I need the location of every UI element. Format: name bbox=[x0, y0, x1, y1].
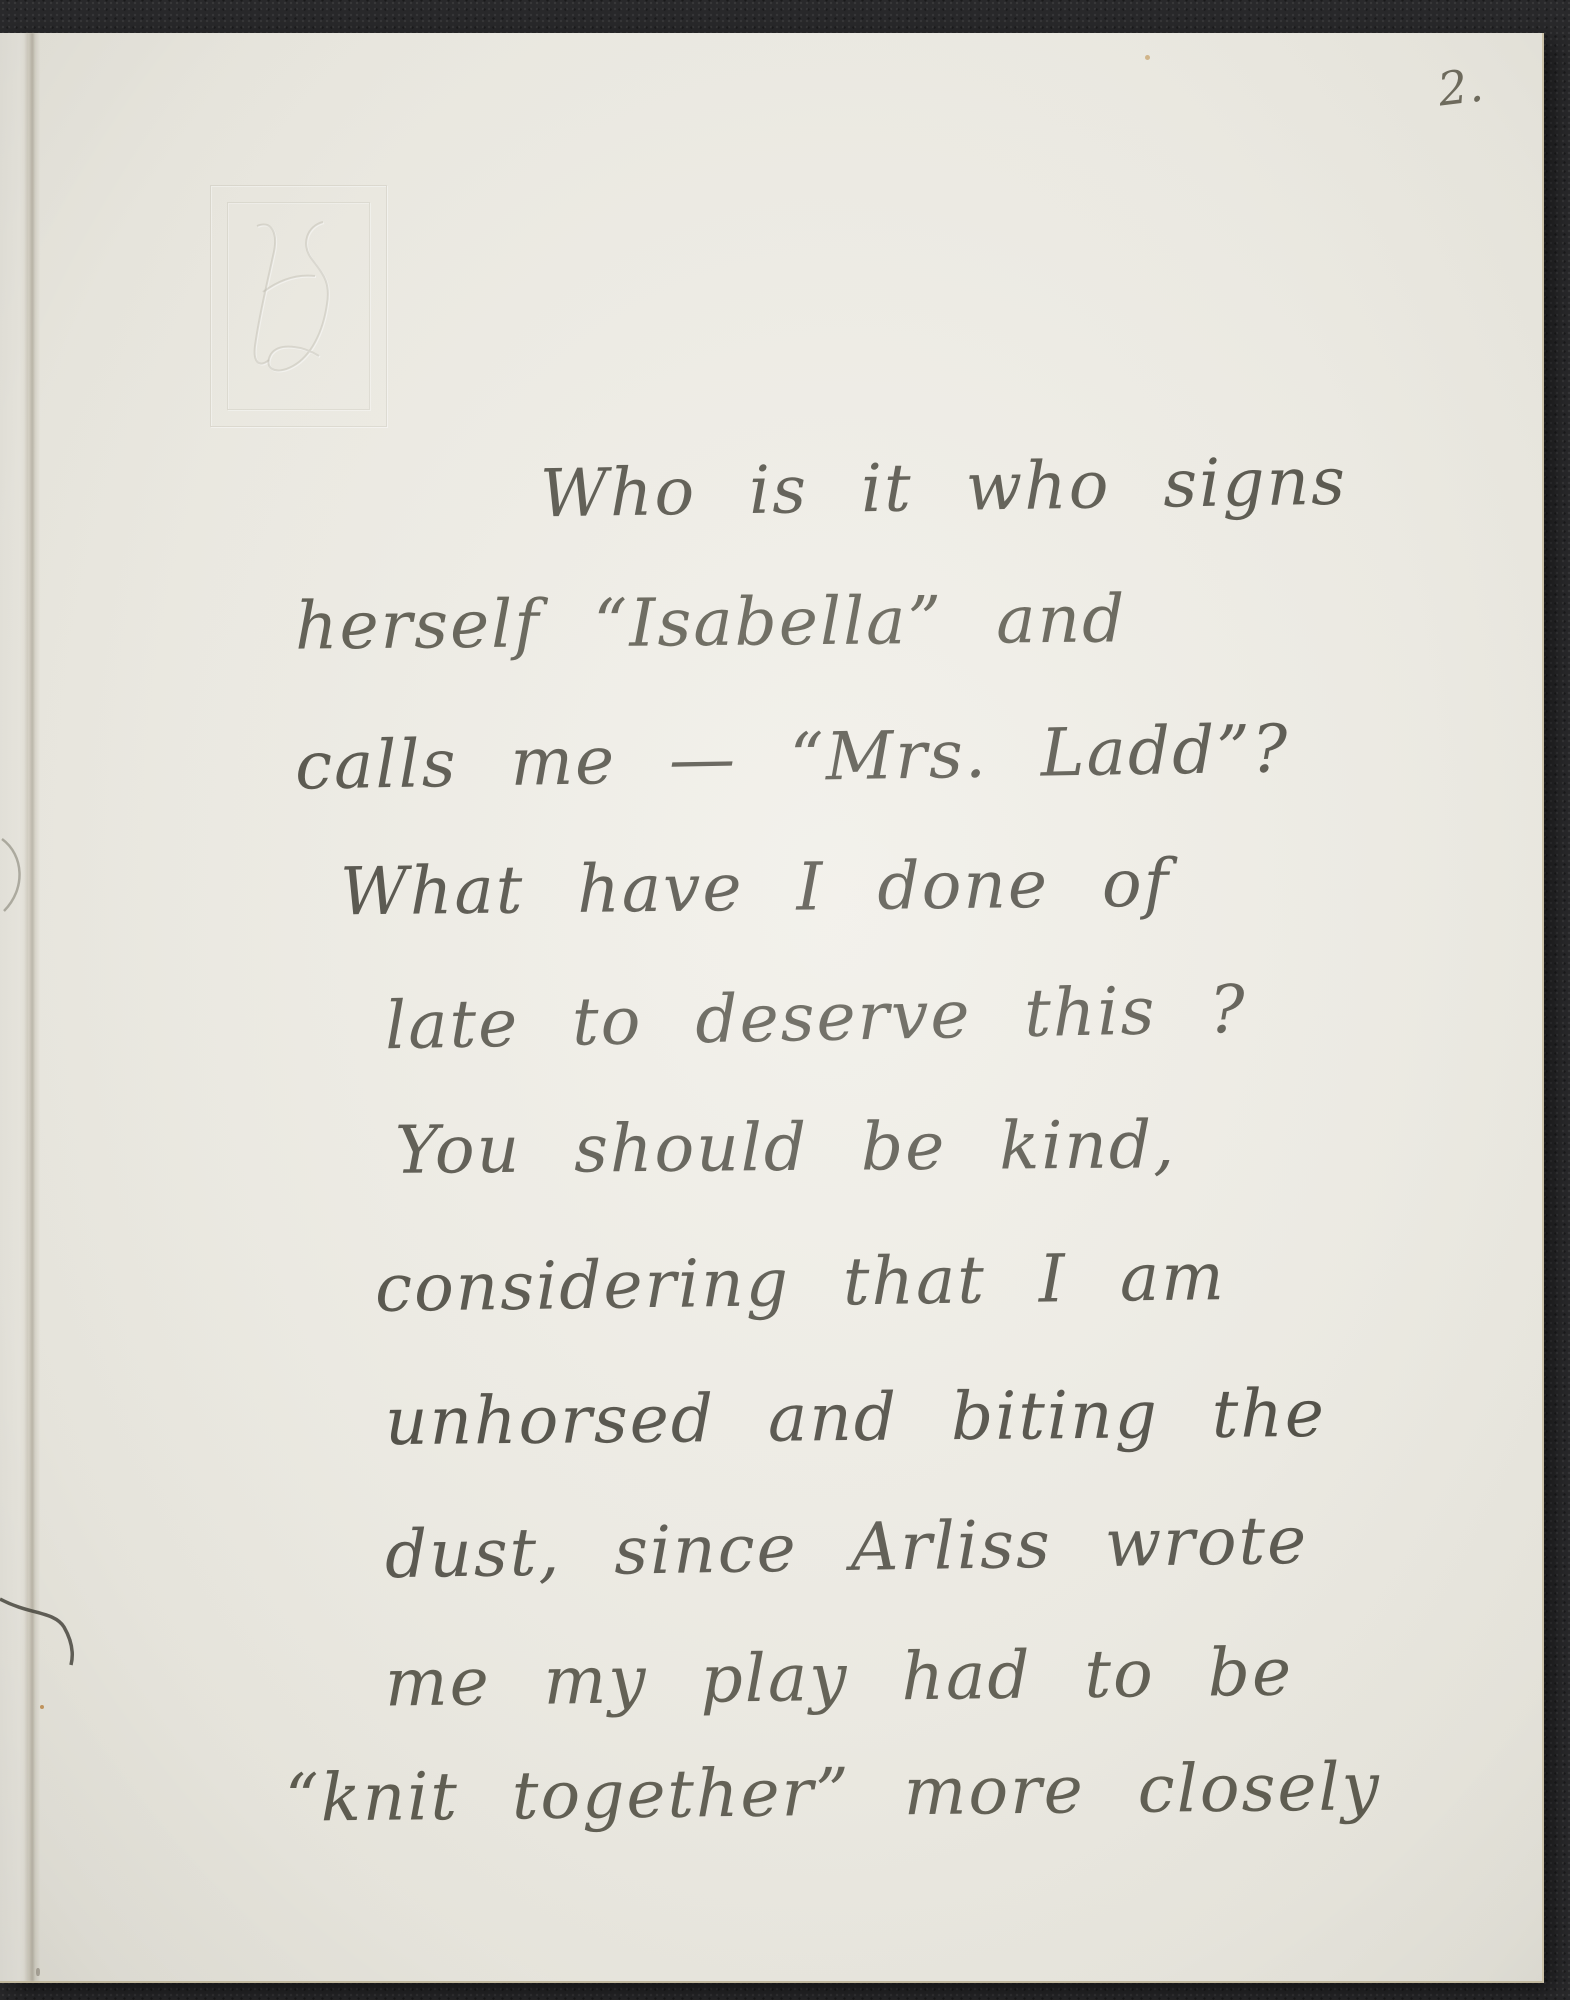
photo-backdrop: 2. Who is it who signs herself “Isabella… bbox=[0, 0, 1570, 2000]
manuscript-line: What have I done of bbox=[340, 845, 1171, 931]
page-number: 2. bbox=[1435, 57, 1487, 116]
manuscript-line: Who is it who signs bbox=[539, 443, 1347, 533]
embossed-monogram-letters bbox=[219, 196, 379, 416]
manuscript-line: “knit together” more closely bbox=[285, 1748, 1382, 1836]
foxing-spot bbox=[40, 1705, 44, 1709]
manuscript-line: You should be kind, bbox=[395, 1106, 1177, 1188]
manuscript-line: me my play had to be bbox=[385, 1633, 1294, 1721]
fold-crease bbox=[24, 33, 40, 1981]
letter-page: 2. Who is it who signs herself “Isabella… bbox=[0, 33, 1544, 1983]
manuscript-line: calls me — “Mrs. Ladd”? bbox=[294, 710, 1290, 804]
ink-stroke-from-fold bbox=[0, 1583, 95, 1673]
manuscript-line: dust, since Arliss wrote bbox=[384, 1502, 1308, 1593]
manuscript-line: unhorsed and biting the bbox=[385, 1375, 1326, 1460]
foxing-spot bbox=[36, 1968, 40, 1976]
manuscript-line: late to deserve this ? bbox=[384, 971, 1247, 1065]
embossed-monogram-stamp bbox=[210, 185, 387, 427]
foxing-spot bbox=[1145, 55, 1150, 60]
manuscript-line: herself “Isabella” and bbox=[295, 580, 1127, 664]
ink-showthrough-arc bbox=[0, 833, 30, 918]
manuscript-line: considering that I am bbox=[375, 1238, 1227, 1327]
